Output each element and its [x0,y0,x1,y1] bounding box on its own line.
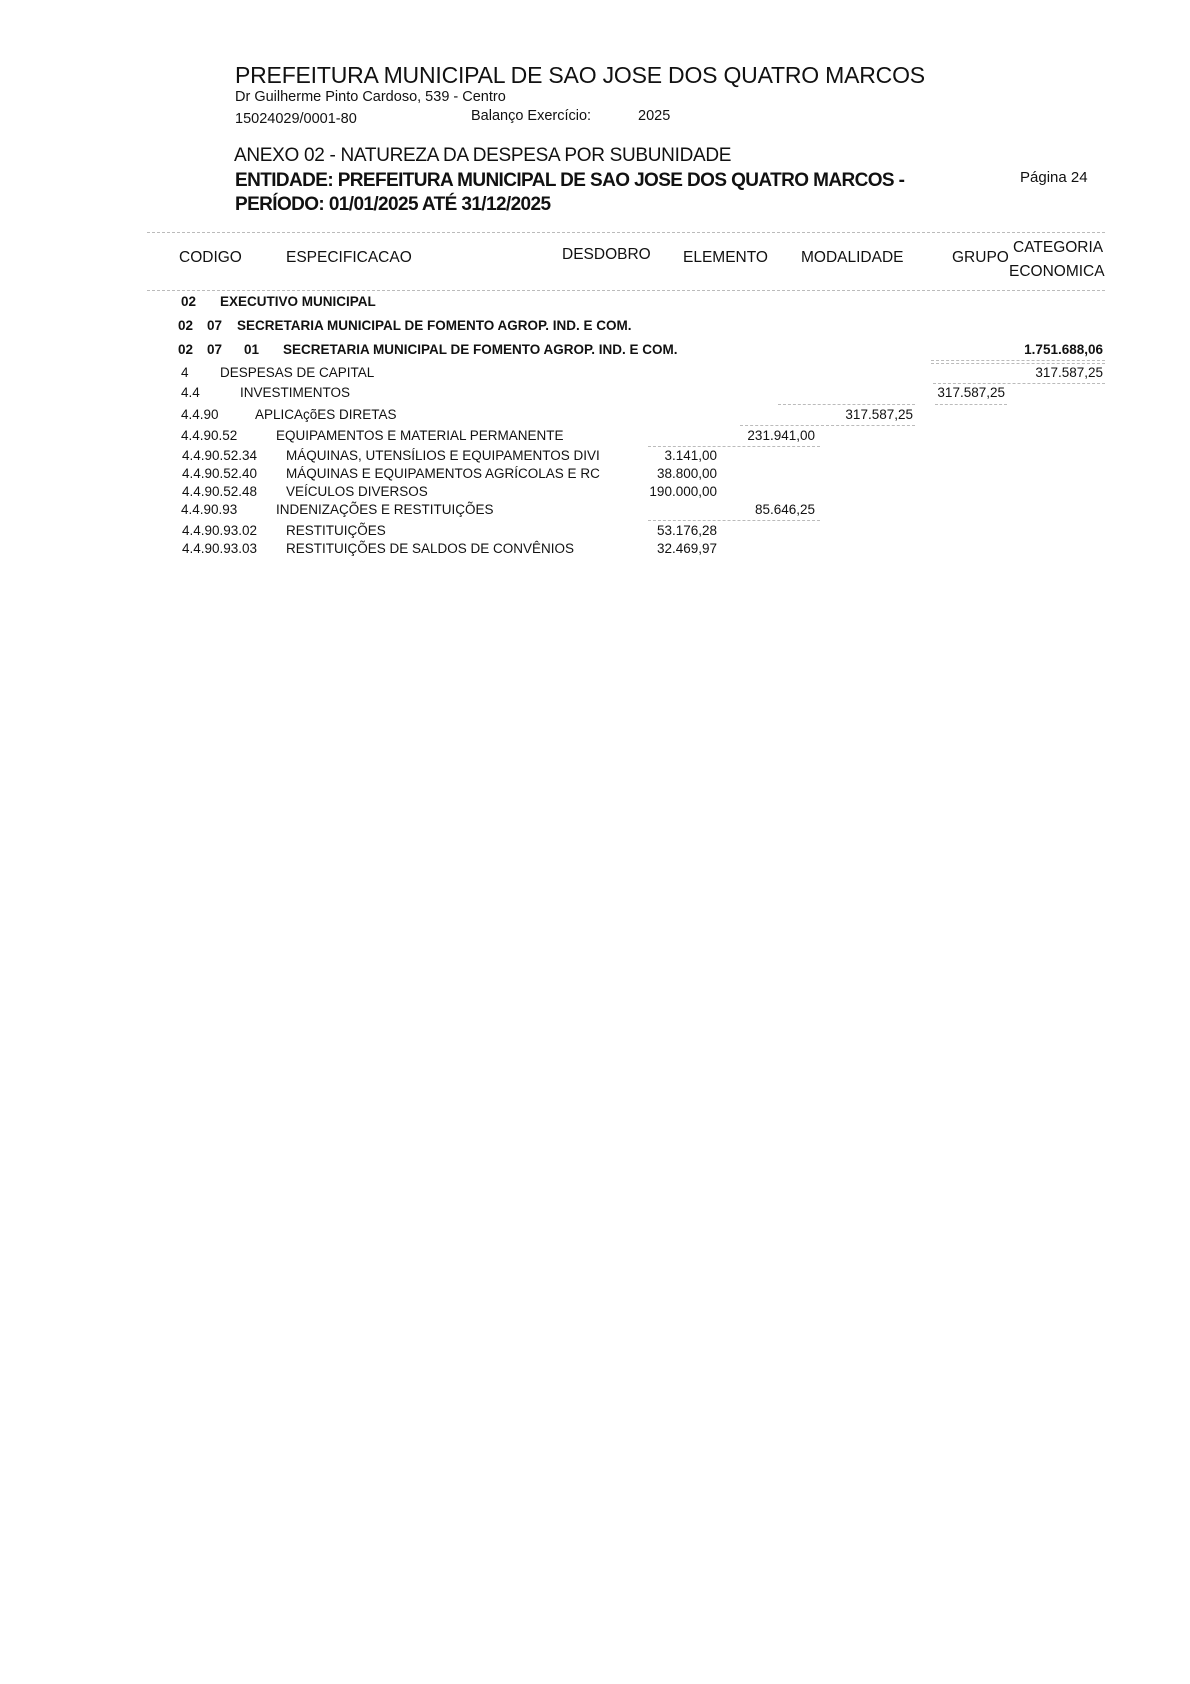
orgao-name: EXECUTIVO MUNICIPAL [220,294,376,309]
row-code: 4.4.90.52.34 [182,448,257,463]
address: Dr Guilherme Pinto Cardoso, 539 - Centro [235,89,506,105]
subunidade-name: SECRETARIA MUNICIPAL DE FOMENTO AGROP. I… [283,342,678,357]
row-desc: MÁQUINAS E EQUIPAMENTOS AGRÍCOLAS E RC [286,466,600,481]
row-desc: RESTITUIÇÕES [286,523,386,538]
col-grupo: GRUPO [952,249,1009,267]
col-desdobro: DESDOBRO [562,246,651,264]
row-desdobro-value: 190.000,00 [597,484,717,499]
row-desc: VEÍCULOS DIVERSOS [286,484,428,499]
unidade-code: 02 [178,318,193,333]
exercise-year: 2025 [638,108,670,124]
row-code: 4.4.90.52 [181,428,237,443]
row-desc: MÁQUINAS, UTENSÍLIOS E EQUIPAMENTOS DIVI [286,448,600,463]
row-code: 4.4.90.93 [181,502,237,517]
subunidade-code: 02 [178,342,193,357]
row-code: 4.4.90.93.02 [182,523,257,538]
divider [931,363,1105,364]
row-categoria-value: 317.587,25 [983,365,1103,380]
divider [931,360,1105,361]
col-modalidade: MODALIDADE [801,249,904,267]
col-especificacao: ESPECIFICACAO [286,249,412,267]
balanco-label: Balanço Exercício: [471,108,591,124]
row-desc: INVESTIMENTOS [240,385,350,400]
entidade-title: ENTIDADE: PREFEITURA MUNICIPAL DE SAO JO… [235,170,904,192]
divider [147,232,1105,233]
row-desc: RESTITUIÇÕES DE SALDOS DE CONVÊNIOS [286,541,574,556]
divider [935,404,1007,405]
report-title: PREFEITURA MUNICIPAL DE SAO JOSE DOS QUA… [235,62,925,89]
row-desc: APLICAçõES DIRETAS [255,407,397,422]
col-categoria: CATEGORIA [1013,239,1103,257]
divider [933,383,1105,384]
col-codigo: CODIGO [179,249,242,267]
divider [648,520,820,521]
row-code: 4.4.90 [181,407,219,422]
cnpj: 15024029/0001-80 [235,111,357,127]
row-desdobro-value: 32.469,97 [597,541,717,556]
periodo-title: PERÍODO: 01/01/2025 ATÉ 31/12/2025 [235,194,550,216]
divider [778,404,915,405]
divider [740,425,915,426]
row-code: 4.4 [181,385,200,400]
row-elemento-value: 231.941,00 [695,428,815,443]
divider [147,290,1105,291]
row-elemento-value: 85.646,25 [695,502,815,517]
col-economica: ECONOMICA [1009,263,1105,281]
unidade-name: SECRETARIA MUNICIPAL DE FOMENTO AGROP. I… [237,318,632,333]
row-desc: INDENIZAÇÕES E RESTITUIÇÕES [276,502,494,517]
row-desdobro-value: 38.800,00 [597,466,717,481]
row-desc: DESPESAS DE CAPITAL [220,365,374,380]
row-code: 4.4.90.93.03 [182,541,257,556]
row-code: 4 [181,365,189,380]
subunidade-code: 07 [207,342,222,357]
row-desdobro-value: 3.141,00 [597,448,717,463]
col-elemento: ELEMENTO [683,249,768,267]
row-code: 4.4.90.52.48 [182,484,257,499]
subunidade-total: 1.751.688,06 [983,342,1103,357]
row-desdobro-value: 53.176,28 [597,523,717,538]
orgao-code: 02 [181,294,196,309]
subunidade-code: 01 [244,342,259,357]
row-desc: EQUIPAMENTOS E MATERIAL PERMANENTE [276,428,564,443]
row-code: 4.4.90.52.40 [182,466,257,481]
page-number: Página 24 [1020,169,1088,186]
unidade-code: 07 [207,318,222,333]
anexo-title: ANEXO 02 - NATUREZA DA DESPESA POR SUBUN… [234,145,731,167]
row-grupo-value: 317.587,25 [885,385,1005,400]
row-modalidade-value: 317.587,25 [793,407,913,422]
divider [648,446,820,447]
